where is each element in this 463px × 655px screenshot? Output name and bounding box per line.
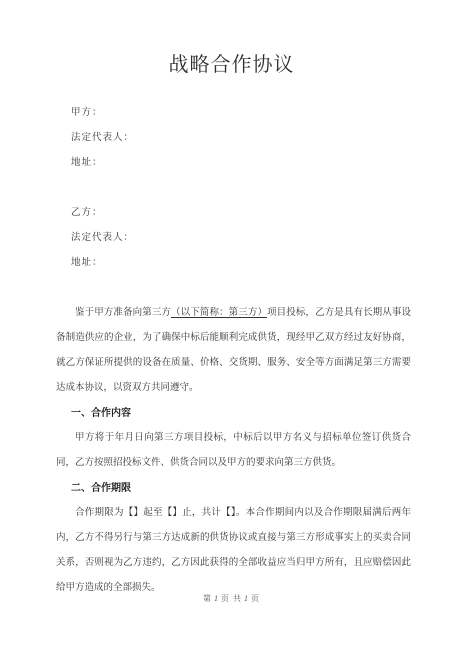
preamble-paragraph: 鉴于甲方准备向第三方（以下简称：第三方）项目投标，乙方是具有长期从事设备制造供应… — [56, 301, 411, 401]
section-2-paragraph: 合作期限为【】起至【】止，共计【】。本合作期间内以及合作期限届满后两年内，乙方不… — [56, 501, 411, 601]
party-a-address-label: 地址： — [56, 151, 411, 176]
footer-current-page-number: 1 — [212, 594, 221, 603]
document-page: 战略合作协议 甲方： 法定代表人： 地址： 乙方： 法定代表人： 地址： 鉴于甲… — [0, 0, 463, 655]
preamble-underlined-alias: （以下简称：第三方） — [171, 308, 267, 318]
footer-prefix: 第 — [203, 594, 212, 603]
page-number-footer: 第1页 共1页 — [0, 593, 463, 605]
section-2-heading: 二、合作期限 — [56, 476, 411, 501]
footer-total-page-number: 1 — [242, 594, 251, 603]
party-b-name-label: 乙方： — [56, 201, 411, 226]
document-title: 战略合作协议 — [0, 0, 463, 80]
footer-middle: 页 共 — [221, 594, 242, 603]
party-b-address-label: 地址： — [56, 251, 411, 276]
document-body: 甲方： 法定代表人： 地址： 乙方： 法定代表人： 地址： 鉴于甲方准备向第三方… — [56, 101, 411, 601]
footer-suffix: 页 — [251, 594, 260, 603]
blank-line — [56, 276, 411, 301]
party-a-name-label: 甲方： — [56, 101, 411, 126]
party-b-representative-label: 法定代表人： — [56, 226, 411, 251]
section-1-paragraph: 甲方将于年月日向第三方项目投标，中标后以甲方名义与招标单位签订供货合同，乙方按照… — [56, 426, 411, 476]
preamble-lead-text: 鉴于甲方准备向第三方 — [75, 308, 171, 318]
party-a-representative-label: 法定代表人： — [56, 126, 411, 151]
preamble-rest-text: 项目投标，乙方是具有长期从事设备制造供应的企业，为了确保中标后能顺利完成供货，现… — [56, 308, 411, 393]
blank-line — [56, 176, 411, 201]
section-1-heading: 一、合作内容 — [56, 401, 411, 426]
